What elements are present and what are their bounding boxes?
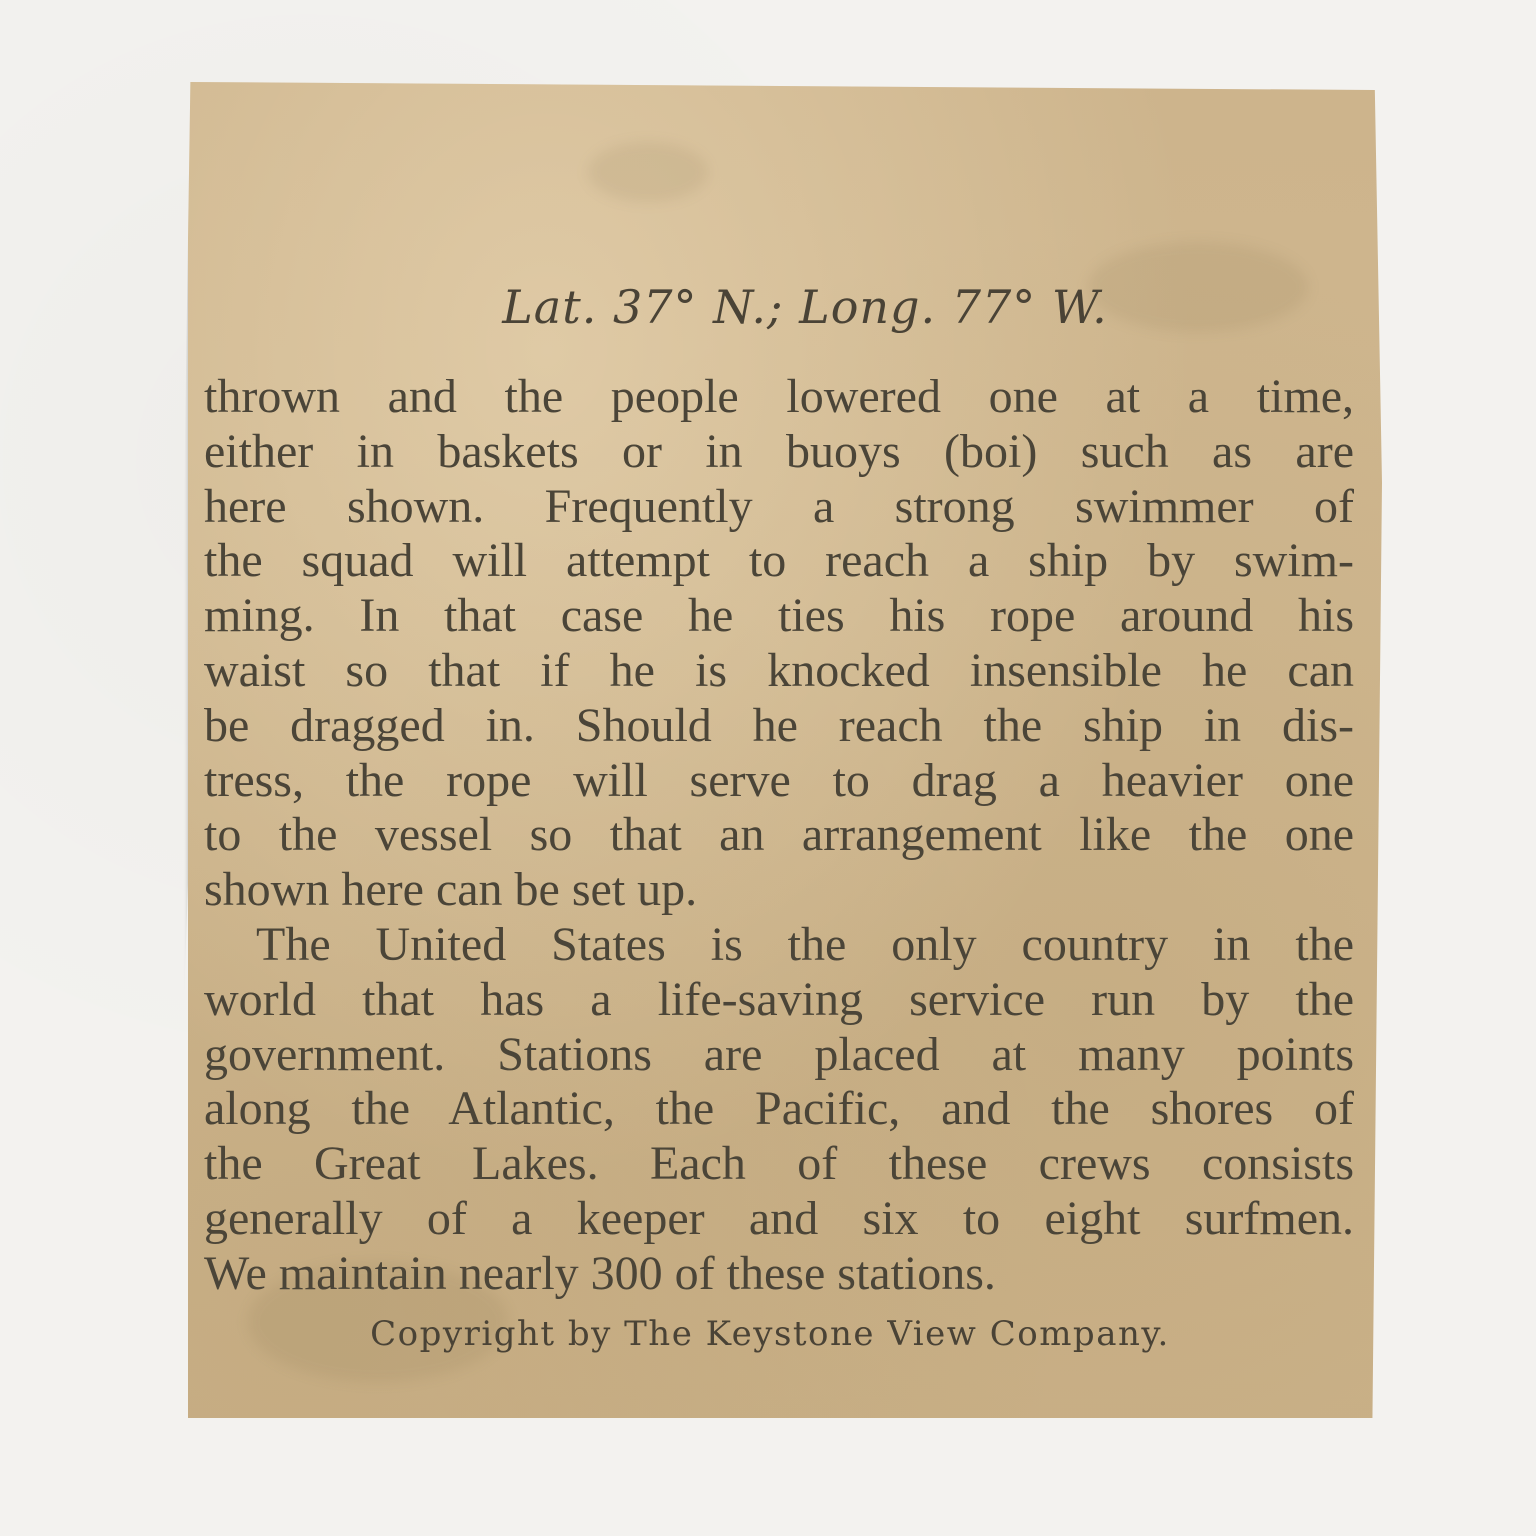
- text-line: generally of a keeper and six to eight s…: [204, 1192, 1354, 1247]
- text-line: shown here can be set up.: [204, 863, 1354, 918]
- text-line: the Great Lakes. Each of these crews con…: [204, 1137, 1354, 1192]
- text-line: The United States is the only country in…: [204, 918, 1354, 973]
- text-line: tress, the rope will serve to drag a hea…: [204, 754, 1354, 809]
- body-text: thrown and the people lowered one at a t…: [204, 370, 1354, 1302]
- text-line: either in baskets or in buoys (boi) such…: [204, 425, 1354, 480]
- text-line: here shown. Frequently a strong swimmer …: [204, 480, 1354, 535]
- text-line: waist so that if he is knocked insensibl…: [204, 644, 1354, 699]
- paper-stain: [588, 142, 708, 202]
- text-line: along the Atlantic, the Pacific, and the…: [204, 1082, 1354, 1137]
- coordinates-heading: Lat. 37° N.; Long. 77° W.: [188, 280, 1382, 334]
- text-line: ming. In that case he ties his rope arou…: [204, 589, 1354, 644]
- text-line: to the vessel so that an arrangement lik…: [204, 808, 1354, 863]
- text-line: be dragged in. Should he reach the ship …: [204, 699, 1354, 754]
- scan-background: Lat. 37° N.; Long. 77° W. thrown and the…: [0, 0, 1536, 1536]
- text-line: government. Stations are placed at many …: [204, 1028, 1354, 1083]
- text-line: thrown and the people lowered one at a t…: [204, 370, 1354, 425]
- card-surface: Lat. 37° N.; Long. 77° W. thrown and the…: [188, 82, 1382, 1418]
- text-line: the squad will attempt to reach a ship b…: [204, 534, 1354, 589]
- stereoview-card: Lat. 37° N.; Long. 77° W. thrown and the…: [188, 82, 1382, 1418]
- text-line: We maintain nearly 300 of these stations…: [204, 1247, 1354, 1302]
- text-line: world that has a life-saving service run…: [204, 973, 1354, 1028]
- copyright-notice: Copyright by The Keystone View Company.: [188, 1314, 1382, 1354]
